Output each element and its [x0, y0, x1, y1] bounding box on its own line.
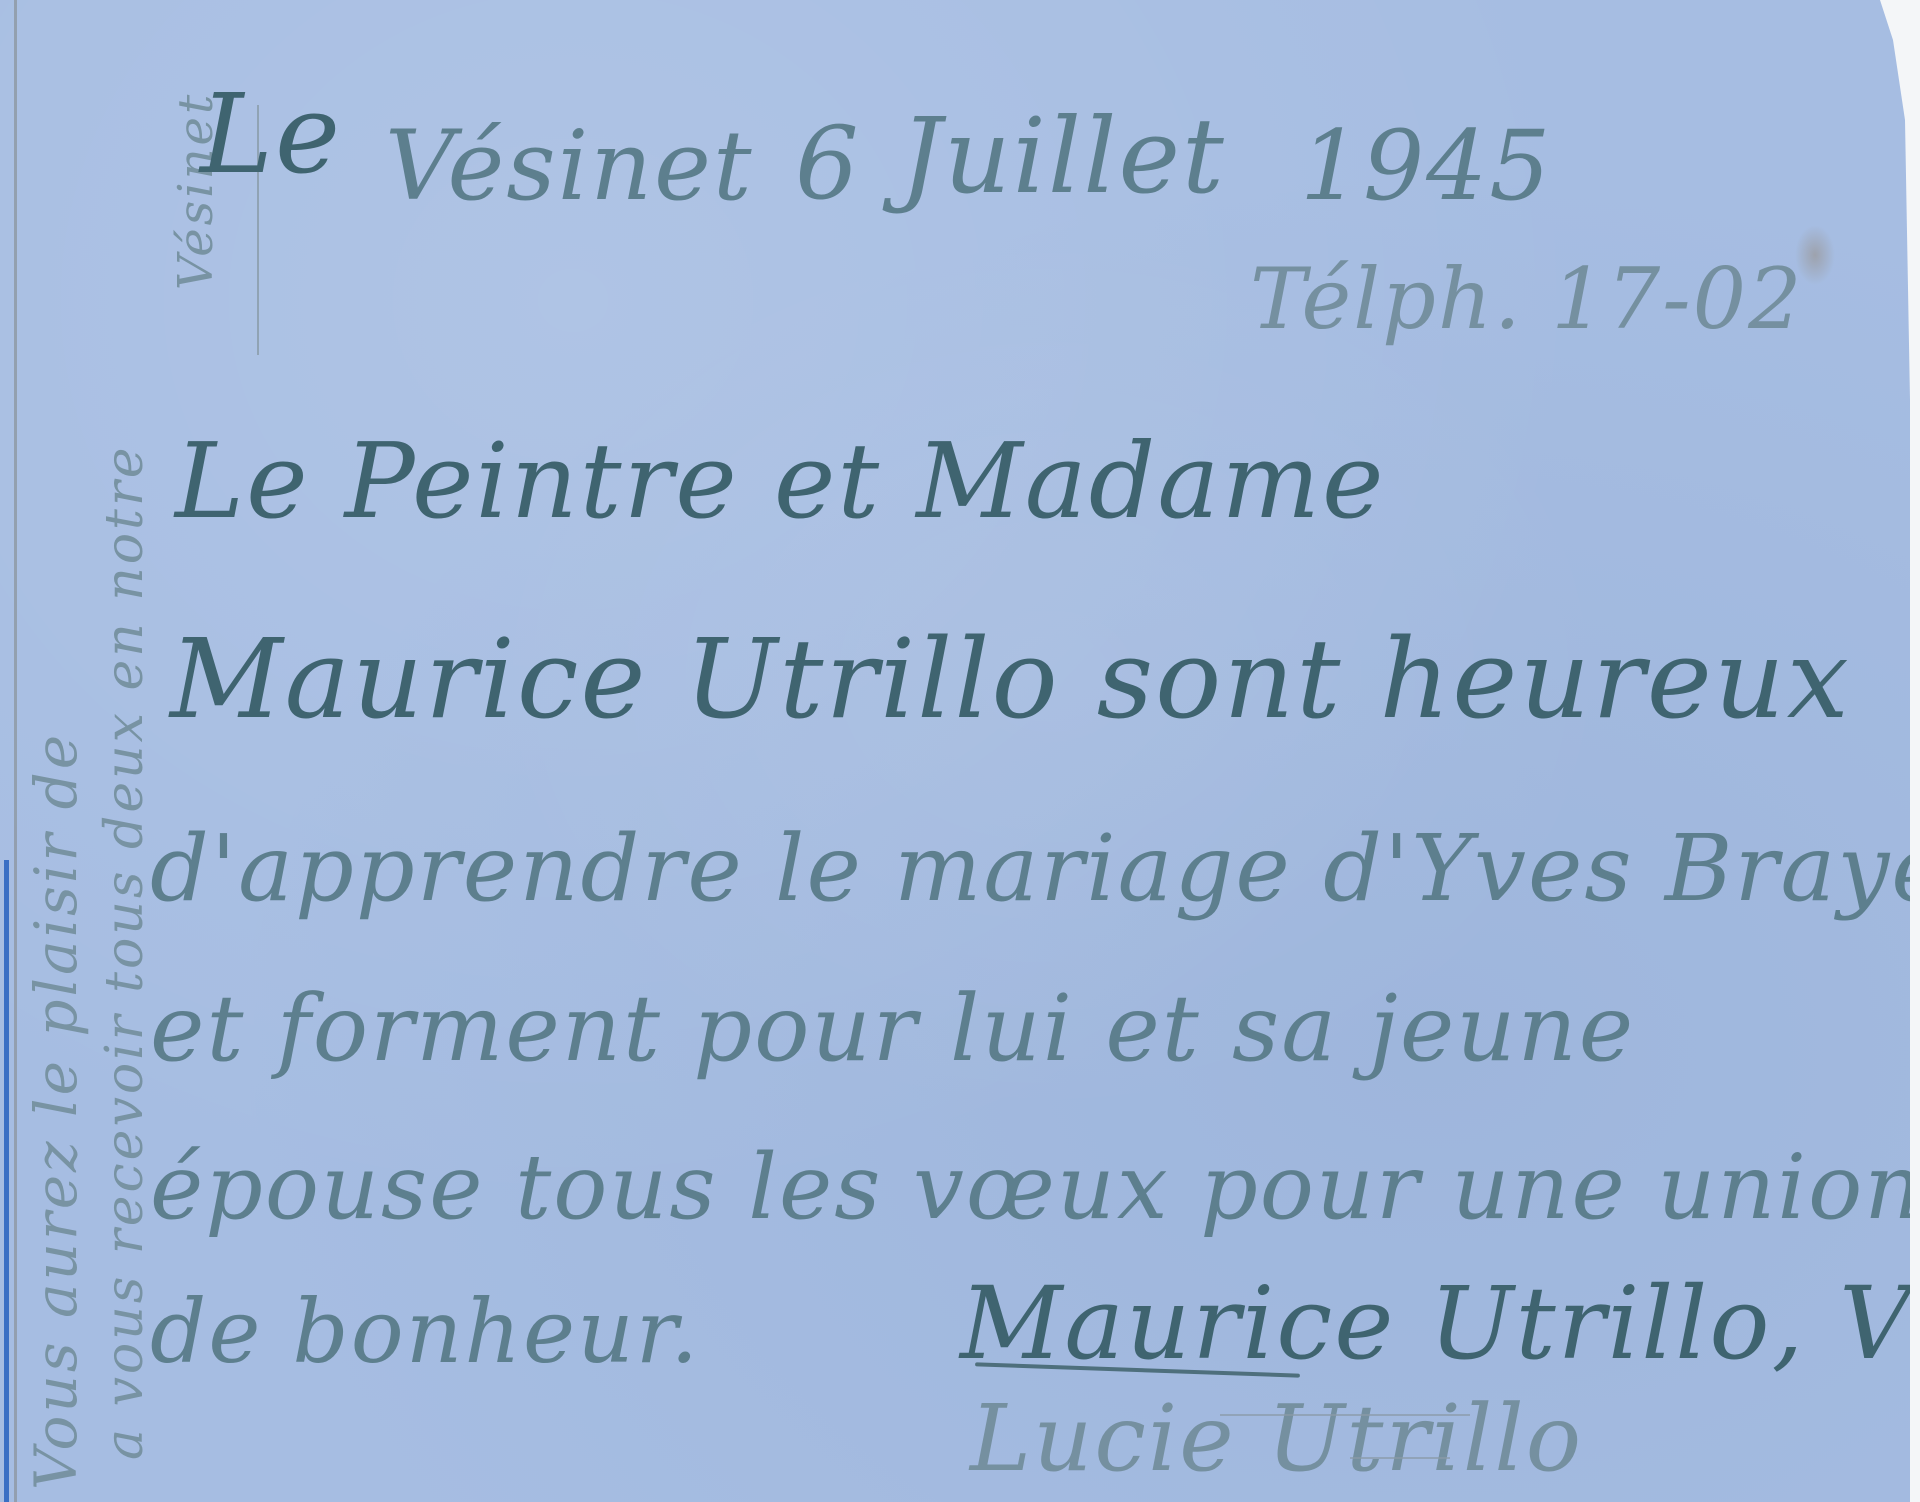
body-line-4: et forment pour lui et sa jeune [150, 975, 1635, 1082]
margin-rule-blue [4, 860, 9, 1502]
margin-rule-grey [14, 0, 17, 1502]
body-line-2: Maurice Utrillo sont heureux [170, 615, 1851, 743]
ink-stain [1795, 225, 1835, 285]
letter-paper: Vous aurez le plaisir de a vous recevoir… [0, 0, 1910, 1502]
signature-rule-line [1220, 1414, 1470, 1416]
place-prefix: Le [200, 70, 342, 198]
signature-lucie-utrillo: Lucie Utrillo [970, 1385, 1583, 1492]
telephone-number: Télph. 17-02 [1250, 250, 1804, 348]
date-day: 6 [795, 105, 861, 222]
margin-note-line-2: a vous recevoir tous deux en notre [95, 444, 155, 1460]
date-year: 1945 [1300, 110, 1552, 222]
body-line-6: de bonheur. [150, 1280, 700, 1383]
signature-tail-line [1350, 1457, 1450, 1459]
place-name: Vésinet [385, 110, 754, 222]
body-line-5: épouse tous les vœux pour une union [150, 1135, 1920, 1240]
body-line-1: Le Peintre et Madame [175, 420, 1386, 542]
signature-maurice-utrillo: Maurice Utrillo, V [960, 1265, 1913, 1382]
body-line-3: d'apprendre le mariage d'Yves Brayer [150, 815, 1920, 922]
date-month: Juillet [900, 95, 1226, 217]
margin-note-line-1: Vous aurez le plaisir de [22, 732, 90, 1490]
